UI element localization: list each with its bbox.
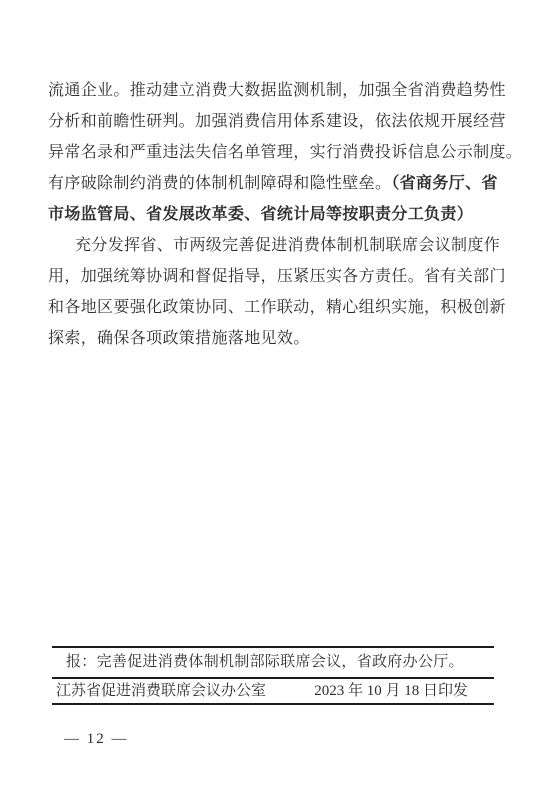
body-line-2: 分析和前瞻性研判。加强消费信用体系建设，依法依规开展经营: [48, 106, 508, 137]
body-line-9: 探索，确保各项政策措施落地见效。: [48, 323, 508, 354]
footer-rule-middle: [52, 677, 494, 679]
footer-rule-bottom: [52, 703, 494, 705]
footer-issuer: 江苏省促进消费联席会议办公室: [56, 682, 266, 700]
footer-rule-top: [52, 646, 494, 648]
body-line-3: 异常名录和严重违法失信名单管理，实行消费投诉信息公示制度。: [48, 137, 508, 168]
body-line-1: 流通企业。推动建立消费大数据监测机制，加强全省消费趋势性: [48, 75, 508, 106]
body-line-7: 用，加强统筹协调和督促指导，压紧压实各方责任。省有关部门: [48, 261, 508, 292]
footer-print-date: 2023 年 10 月 18 日印发: [314, 682, 468, 700]
body-line-4-responsible-units: （省商务厅、省: [391, 175, 497, 192]
body-line-4: 有序破除制约消费的体制机制障碍和隐性壁垒。（省商务厅、省: [48, 168, 508, 199]
body-line-8: 和各地区要强化政策协同、工作联动，精心组织实施，积极创新: [48, 292, 508, 323]
footer-issue-row: 江苏省促进消费联席会议办公室 2023 年 10 月 18 日印发: [56, 682, 468, 700]
footer-copy-line: 报：完善促进消费体制机制部际联席会议，省政府办公厅。: [66, 653, 464, 671]
body-line-5-responsible-units: 市场监管局、省发展改革委、省统计局等按职责分工负责）: [48, 199, 508, 230]
body-line-6-paragraph-start: 充分发挥省、市两级完善促进消费体制机制联席会议制度作: [48, 230, 508, 261]
body-line-4-regular: 有序破除制约消费的体制机制障碍和隐性壁垒。: [48, 175, 391, 192]
page-number: — 12 —: [64, 730, 129, 748]
body-text: 流通企业。推动建立消费大数据监测机制，加强全省消费趋势性 分析和前瞻性研判。加强…: [48, 75, 508, 354]
document-page: 流通企业。推动建立消费大数据监测机制，加强全省消费趋势性 分析和前瞻性研判。加强…: [0, 0, 553, 787]
